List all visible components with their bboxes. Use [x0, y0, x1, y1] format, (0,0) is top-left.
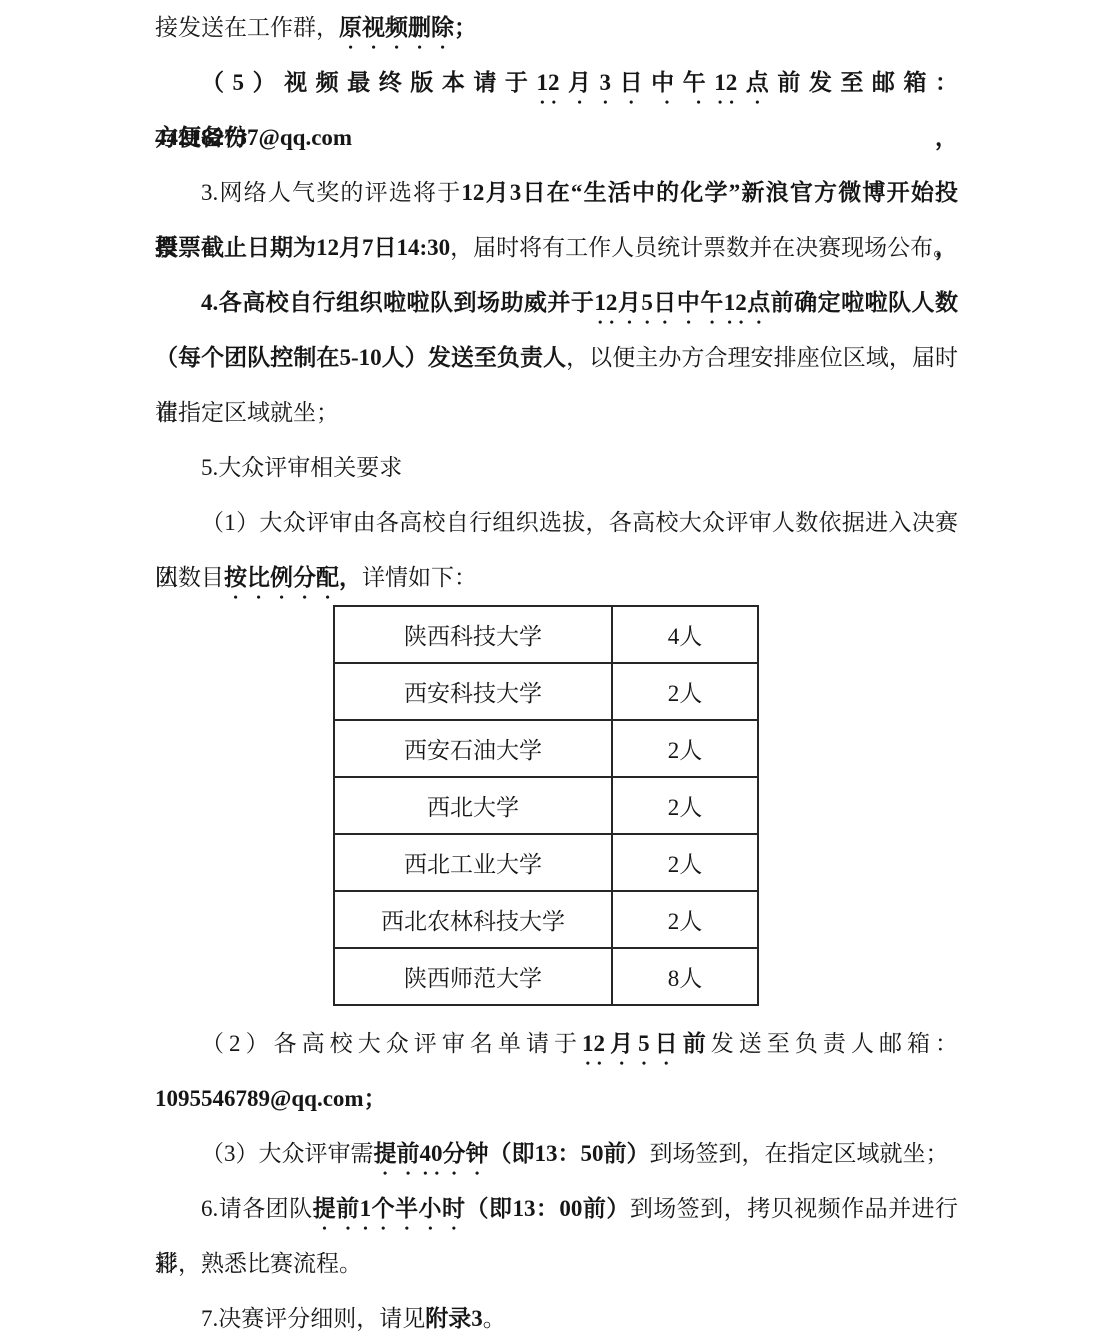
- text-run: （即13：50前）: [489, 1141, 650, 1166]
- text-run: ，: [339, 565, 362, 590]
- paragraph-line: 6.请各团队提前1个半小时（即13：00前）到场签到，拷贝视频作品并进行彩: [155, 1181, 958, 1236]
- paragraph-line: 队数目按比例分配，详情如下：: [155, 550, 958, 605]
- text-run: 在指定区域就坐；: [155, 400, 339, 425]
- text-run: 7.决赛评分细则，请见: [201, 1306, 425, 1331]
- text-run: 发送至负责人邮箱：: [711, 1031, 958, 1056]
- paragraph-line: （1）大众评审由各高校自行组织选拔，各高校大众评审人数依据进入决赛团: [155, 495, 958, 550]
- count-cell: 2人: [612, 891, 758, 948]
- text-run: 到场签到，在指定区域就坐；: [650, 1141, 949, 1166]
- text-run: 队数目: [155, 565, 224, 590]
- table-row: 西安科技大学2人: [334, 663, 758, 720]
- table-row: 西北工业大学2人: [334, 834, 758, 891]
- table-row: 陕西科技大学4人: [334, 606, 758, 663]
- count-cell: 2人: [612, 834, 758, 891]
- emphasis-dotted-run: 提前40分钟: [374, 1141, 489, 1166]
- text-run: 接发送在工作群，: [155, 15, 339, 40]
- text-run: 方便备份: [155, 125, 247, 150]
- text-run: 3.网络人气奖的评选将于: [201, 180, 461, 205]
- text-run: 附录3: [425, 1306, 483, 1331]
- paragraph-line: （3）大众评审需提前40分钟（即13：50前）到场签到，在指定区域就坐；: [155, 1126, 958, 1181]
- text-run: 详情如下：: [362, 565, 477, 590]
- paragraph-line: 接发送在工作群，原视频删除；: [155, 0, 958, 55]
- count-cell: 2人: [612, 663, 758, 720]
- text-run: ，届时将有工作人员统计票数并在决赛现场公布。: [450, 235, 956, 260]
- paragraph-line: 7.决赛评分细则，请见附录3。: [155, 1291, 958, 1339]
- paragraph-line: 3.网络人气奖的评选将于12月3日在“生活中的化学”新浪官方微博开始投票，: [155, 165, 958, 220]
- paragraph-line: （2）各高校大众评审名单请于12月5日前发送至负责人邮箱：: [155, 1016, 958, 1071]
- document-body-text: 接发送在工作群，原视频删除；（5）视频最终版本请于12月3日中午12点前发至邮箱…: [155, 0, 958, 1339]
- paragraph-line: 4.各高校自行组织啦啦队到场助威并于12月5日中午12点前确定啦啦队人数: [155, 275, 958, 330]
- paragraph-line: （5）视频最终版本请于12月3日中午12点前发至邮箱：442182757@qq.…: [155, 55, 958, 110]
- text-run: ；: [454, 15, 477, 40]
- text-run: 4.各高校自行组织啦啦队到场助威并于: [201, 290, 594, 315]
- paragraph-line: 在指定区域就坐；: [155, 385, 958, 440]
- emphasis-dotted-run: 12月5日: [582, 1031, 683, 1056]
- table-row: 陕西师范大学8人: [334, 948, 758, 1005]
- table-row: 西安石油大学2人: [334, 720, 758, 777]
- text-run: 。: [483, 1306, 506, 1331]
- table-row: 西北农林科技大学2人: [334, 891, 758, 948]
- university-cell: 西北大学: [334, 777, 612, 834]
- emphasis-dotted-run: 12月5日中午12点: [594, 290, 770, 315]
- text-run: （3）大众评审需: [201, 1141, 374, 1166]
- paragraph-line: 投票截止日期为12月7日14:30，届时将有工作人员统计票数并在决赛现场公布。: [155, 220, 958, 275]
- emphasis-dotted-run: 原视频删除: [339, 15, 454, 40]
- university-cell: 西北农林科技大学: [334, 891, 612, 948]
- emphasis-dotted-run: 按比例分配: [224, 565, 339, 590]
- text-run: （即13：00前）: [465, 1196, 629, 1221]
- university-cell: 西北工业大学: [334, 834, 612, 891]
- text-run: 投票截止日期为12月7日14:30: [155, 235, 450, 260]
- text-run: 5.大众评审相关要求: [201, 455, 402, 480]
- paragraph-line: 1095546789@qq.com；: [155, 1071, 958, 1126]
- university-cell: 陕西师范大学: [334, 948, 612, 1005]
- text-run: 排，熟悉比赛流程。: [155, 1251, 362, 1276]
- allocation-table: 陕西科技大学4人西安科技大学2人西安石油大学2人西北大学2人西北工业大学2人西北…: [333, 605, 759, 1006]
- text-run: （2）各高校大众评审名单请于: [201, 1031, 582, 1056]
- emphasis-dotted-run: 12月3日中午12点: [536, 70, 777, 95]
- text-run: 前: [683, 1031, 711, 1056]
- emphasis-dotted-run: 提前1个半小时: [313, 1196, 466, 1221]
- text-run: 前确定啦啦队人数: [771, 290, 958, 315]
- count-cell: 2人: [612, 720, 758, 777]
- text-block-after-table: （2）各高校大众评审名单请于12月5日前发送至负责人邮箱：1095546789@…: [155, 1016, 958, 1339]
- text-run: （每个团队控制在5-10人）发送至负责人: [155, 345, 566, 370]
- table-row: 西北大学2人: [334, 777, 758, 834]
- university-cell: 西安科技大学: [334, 663, 612, 720]
- text-run: 1095546789@qq.com；: [155, 1086, 387, 1111]
- count-cell: 8人: [612, 948, 758, 1005]
- text-block-before-table: 接发送在工作群，原视频删除；（5）视频最终版本请于12月3日中午12点前发至邮箱…: [155, 0, 958, 605]
- paragraph-line: 5.大众评审相关要求: [155, 440, 958, 495]
- document-page: 接发送在工作群，原视频删除；（5）视频最终版本请于12月3日中午12点前发至邮箱…: [0, 0, 1109, 1339]
- university-cell: 西安石油大学: [334, 720, 612, 777]
- text-run: （5）视频最终版本请于: [201, 70, 536, 95]
- count-cell: 4人: [612, 606, 758, 663]
- university-cell: 陕西科技大学: [334, 606, 612, 663]
- text-run: 6.请各团队: [201, 1196, 313, 1221]
- paragraph-line: （每个团队控制在5-10人）发送至负责人，以便主办方合理安排座位区域，届时请: [155, 330, 958, 385]
- paragraph-line: 排，熟悉比赛流程。: [155, 1236, 958, 1291]
- count-cell: 2人: [612, 777, 758, 834]
